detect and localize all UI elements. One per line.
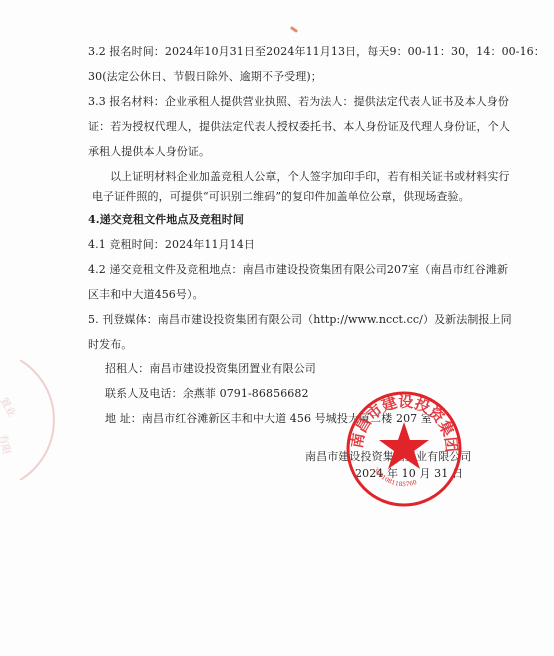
pen-mark bbox=[290, 26, 298, 33]
company-seal-icon: 南昌市建设投资集团置业有限公司 3601081185760 bbox=[345, 390, 463, 508]
svg-text:3601081185760: 3601081185760 bbox=[372, 466, 418, 488]
section-4-2-line1: 4.2 递交竞租文件及竞租地点：南昌市建设投资集团有限公司207室（南昌市红谷滩… bbox=[88, 263, 508, 277]
contact-phone: 联系人及电话：余燕菲 0791-86856682 bbox=[105, 387, 309, 401]
section-3-2-line1: 3.2 报名时间：2024年10月31日至2024年11月13日，每天9：00-… bbox=[88, 45, 545, 59]
svg-text:有限: 有限 bbox=[0, 433, 13, 455]
materials-note-line1: 以上证明材料企业加盖竞租人公章，个人签字加印手印，若有相关证书或材料实行 bbox=[110, 170, 510, 184]
lessor: 招租人：南昌市建设投资集团置业有限公司 bbox=[105, 362, 316, 376]
section-4-1: 4.1 竞租时间：2024年11月14日 bbox=[88, 238, 255, 252]
section-3-3-line1: 3.3 报名材料：企业承租人提供营业执照、若为法人：提供法定代表人证书及本人身份 bbox=[88, 95, 509, 109]
section-4-heading: 4.递交竞租文件地点及竞租时间 bbox=[88, 213, 244, 227]
section-3-2-line2: 30(法定公休日、节假日除外、逾期不予受理)； bbox=[88, 70, 322, 84]
section-4-2-line2: 区丰和中大道456号）。 bbox=[88, 288, 204, 302]
faint-stamp-icon: 置业 有限 bbox=[0, 360, 60, 480]
section-5-line2: 时发布。 bbox=[88, 338, 132, 352]
materials-note-line2: 电子证件照的，可提供“可识别二维码”的复印件加盖单位公章，供现场查验。 bbox=[92, 190, 470, 204]
section-5-line1: 5. 刊登媒体：南昌市建设投资集团有限公司（http://www.ncct.cc… bbox=[88, 313, 512, 327]
section-3-3-line2: 证：若为授权代理人，提供法定代表人授权委托书、本人身份证及代理人身份证，个人 bbox=[88, 120, 510, 134]
svg-text:置业: 置业 bbox=[0, 395, 19, 419]
section-3-3-line3: 承租人提供本人身份证。 bbox=[88, 145, 210, 159]
